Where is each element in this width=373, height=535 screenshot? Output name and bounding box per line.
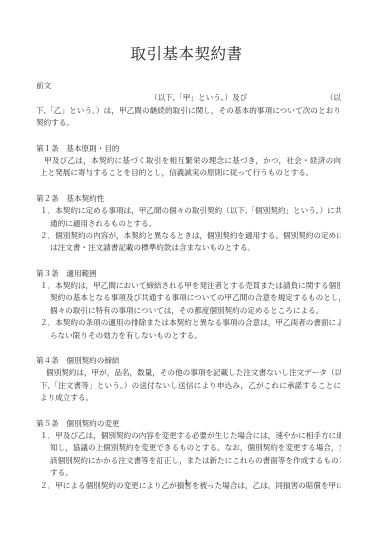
article-3-item-2-line: ２．本契約の条項の適用の排除または本契約と異なる事項の合意は，甲乙両者の書面によ [36,317,341,329]
article-5-heading: 第５条 個別契約の変更 [36,418,341,430]
page-number: 1 [0,478,373,487]
preamble-line-2: 下,「乙」という。）は，甲乙間の継続的取引に関し，その基本的事項について次のとお… [36,105,341,117]
preamble-line-1: （以下,「甲」という。）及び （以 [36,92,341,104]
article-4-heading: 第４条 個別契約の締結 [36,355,341,367]
article-1-line: 甲及び乙は，本契約に基づく取引を相互繁栄の理念に基づき，かつ，社会・経済の向 [36,155,341,167]
document-page: 取引基本契約書 前文 （以下,「甲」という。）及び （以 下,「乙」という。）は… [0,0,373,535]
article-5-item-1-line: １．甲及び乙は，個別契約の内容を変更する必要が生じた場合には，速やかに相手方に通 [36,430,341,442]
article-2-item-2-line: は注文書・注文請書記載の標準約款は含まないものとする。 [36,242,341,254]
article-2-heading: 第２条 基本契約性 [36,193,341,205]
article-1-heading: 第１条 基本原則・目的 [36,143,341,155]
article-3-item-1-line: 個々の取引に特有の事項については，その都度個別契約の定めるところによる。 [36,305,341,317]
document-title: 取引基本契約書 [0,42,373,64]
document-body: 前文 （以下,「甲」という。）及び （以 下,「乙」という。）は，甲乙間の継続的… [36,80,341,492]
article-3-heading: 第３条 適用範囲 [36,268,341,280]
article-4-line: より成立する。 [36,392,341,404]
preamble-party-a: （以下,「甲」という。）及び [150,92,247,104]
preamble-party-b-start: （以 [326,92,341,104]
article-2-item-1-line: １．本契約に定める事項は，甲乙間の個々の取引契約（以下,「個別契約」という。）に… [36,205,341,217]
article-5-item-1-line: 該個別契約にかかる注文書等を訂正し，または新たにこれらの書面等を作成するものと [36,455,341,467]
preamble-line-3: 契約する。 [36,117,341,129]
article-1-line: 上と発展に寄与することを目的とし，信義誠実の原則に従って行うものとする。 [36,167,341,179]
article-2-item-1-line: 通的に適用されるものとする。 [36,218,341,230]
article-2-item-2-line: ２．個別契約の内容が，本契約と異なるときは，個別契約を適用する。個別契約の定めに [36,230,341,242]
preamble-heading: 前文 [36,80,341,92]
article-3-item-2-line: らない限りその効力を有しないものとする。 [36,330,341,342]
article-3-item-1-line: １．本契約は，甲乙間において締結される甲を発注者とする売買または請負に関する個別 [36,280,341,292]
article-4-line: 個別契約は，甲が，品名，数量，その他の事項を記載した注文書ないし注文データ（以 [36,367,341,379]
article-4-line: 下,「注文書等」という。）の送付ないし送信により申込み，乙がこれに承諾することに [36,380,341,392]
article-5-item-1-line: 知し，協議の上個別契約を変更できるものとする。なお，個別契約を変更する場合，当 [36,442,341,454]
article-3-item-1-line: 契約の基本となる事項及び共通する事項についての甲乙間の合意を規定するものとし， [36,292,341,304]
